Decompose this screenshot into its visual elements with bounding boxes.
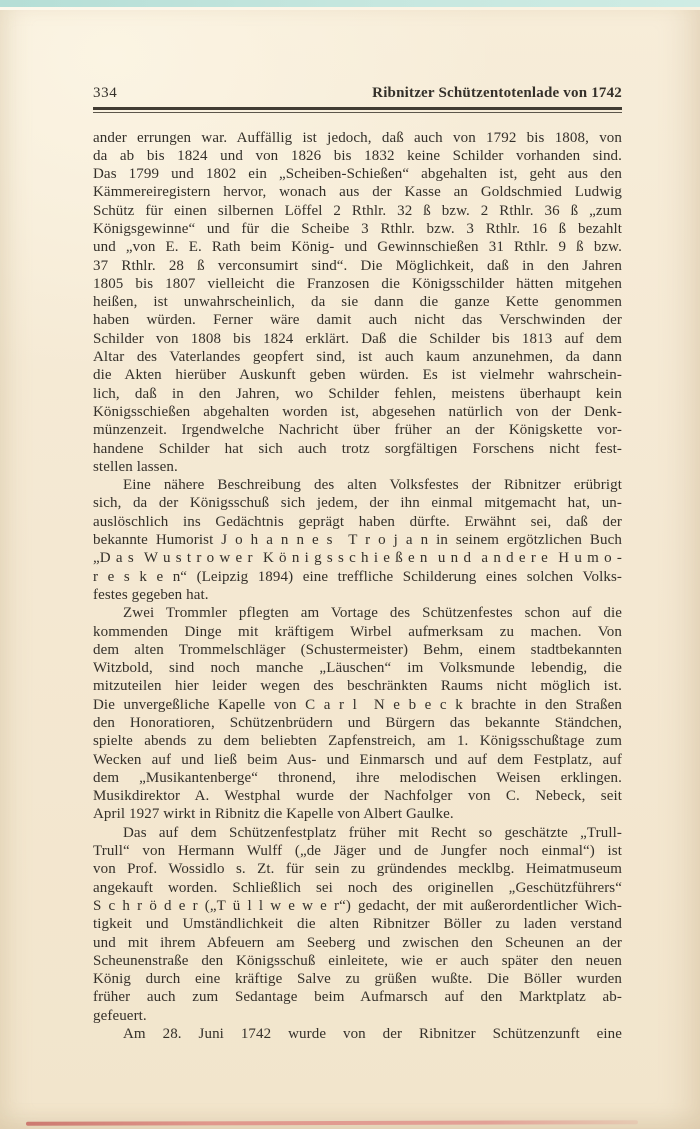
text-line: Zwei Trommler pflegten am Vortage des Sc… xyxy=(93,604,622,622)
text-line: dem alten Trommelschläger (Schustermeist… xyxy=(93,641,622,659)
text-line: Altar des Vaterlandes geopfert sind, ist… xyxy=(93,348,622,366)
text-line: auslöschlich ins Gedächtnis geprägt habe… xyxy=(93,513,622,531)
text-line: Scheunenstraße den Königsschuß einleitet… xyxy=(93,952,622,970)
text-line: lich, daß in den Jahren, wo Schilder feh… xyxy=(93,385,622,403)
text-line: angekauft worden. Schließlich sei noch d… xyxy=(93,879,622,897)
text-line: April 1927 wirkt in Ribnitz die Kapelle … xyxy=(93,805,622,823)
text-line: König durch eine kräftige Salve zu grüße… xyxy=(93,970,622,988)
header-rule-thick xyxy=(93,107,622,110)
text-line: Wecken auf und ließ beim Aus- und Einmar… xyxy=(93,751,622,769)
text-line: und mit ihrem Abfeuern am Seeberg und zw… xyxy=(93,934,622,952)
scanned-book-page: 334 Ribnitzer Schützentotenlade von 1742… xyxy=(0,0,700,1129)
paragraph: Eine nähere Beschreibung des alten Volks… xyxy=(93,476,622,604)
text-line: Witzbold, sind noch manche „Läuschen“ im… xyxy=(93,659,622,677)
text-line: 1805 bis 1807 vielleicht die Franzosen d… xyxy=(93,275,622,293)
text-line: Trull“ von Hermann Wulff („de Jäger und … xyxy=(93,842,622,860)
text-line: Musikdirektor A. Westphal wurde der Nach… xyxy=(93,787,622,805)
text-line: kommenden Dinge mit kräftigem Wirbel auf… xyxy=(93,623,622,641)
text-line: dem „Musikantenberge“ thronend, ihre mel… xyxy=(93,769,622,787)
text-line: Kämmereiregistern hervor, wonach aus der… xyxy=(93,183,622,201)
text-block: ander errungen war. Auffällig ist jedoch… xyxy=(93,129,622,1044)
text-line: münzenzeit. Irgendwelche Nachricht über … xyxy=(93,421,622,439)
text-line: mitzuteilen hier leider wegen des beschr… xyxy=(93,677,622,695)
text-line: gefeuert. xyxy=(93,1007,622,1025)
text-line: 37 Rthlr. 28 ß verconsumirt sind“. Die M… xyxy=(93,257,622,275)
text-line: festes gegeben hat. xyxy=(93,586,622,604)
text-line: Königsschießen abgehalten worden ist, ab… xyxy=(93,403,622,421)
text-line: S c h r ö d e r („T ü l l w e w e r“) ge… xyxy=(93,897,622,915)
text-line: tigkeit und Umständlichkeit die alten Ri… xyxy=(93,915,622,933)
text-line: Eine nähere Beschreibung des alten Volks… xyxy=(93,476,622,494)
text-line: sich, da der Königsschuß sich jedem, der… xyxy=(93,494,622,512)
text-line: früher auch zum Sedantage beim Aufmarsch… xyxy=(93,988,622,1006)
paragraph: Am 28. Juni 1742 wurde von der Ribnitzer… xyxy=(93,1025,622,1043)
text-line: bekannte Humorist J o h a n n e s T r o … xyxy=(93,531,622,549)
scan-bottom-edge xyxy=(26,1120,638,1126)
text-line: handene Schilder hat sich auch trotz sor… xyxy=(93,440,622,458)
text-line: „D a s W u s t r o w e r K ö n i g s s c… xyxy=(93,549,622,567)
text-line: r e s k e n“ (Leipzig 1894) eine treffli… xyxy=(93,568,622,586)
paragraph: Das auf dem Schützenfestplatz früher mit… xyxy=(93,824,622,1025)
page-content: 334 Ribnitzer Schützentotenlade von 1742… xyxy=(93,85,622,1043)
text-line: Am 28. Juni 1742 wurde von der Ribnitzer… xyxy=(93,1025,622,1043)
text-line: da ab bis 1824 und von 1826 bis 1832 kei… xyxy=(93,147,622,165)
text-line: Das 1799 und 1802 ein „Scheiben-Schießen… xyxy=(93,165,622,183)
scan-top-edge xyxy=(0,0,700,7)
page-header: 334 Ribnitzer Schützentotenlade von 1742 xyxy=(93,85,622,104)
paragraph: Zwei Trommler pflegten am Vortage des Sc… xyxy=(93,604,622,824)
text-line: heißen, ist unwahrscheinlich, da sie dan… xyxy=(93,293,622,311)
text-line: von Prof. Wossidlo s. Zt. für sein zu gr… xyxy=(93,860,622,878)
text-line: Die unvergeßliche Kapelle von C a r l N … xyxy=(93,696,622,714)
text-line: spielte abends zu dem beliebten Zapfenst… xyxy=(93,732,622,750)
scan-page-edge-highlight xyxy=(0,7,700,10)
text-line: Das auf dem Schützenfestplatz früher mit… xyxy=(93,824,622,842)
text-line: ander errungen war. Auffällig ist jedoch… xyxy=(93,129,622,147)
text-line: den Honoratioren, Schützenbrüdern und Bü… xyxy=(93,714,622,732)
text-line: Königsgewinne“ und für die Scheibe 3 Rth… xyxy=(93,220,622,238)
text-line: und „von E. E. Rath beim König- und Gewi… xyxy=(93,238,622,256)
text-line: Schilder von 1808 bis 1824 erklärt. Daß … xyxy=(93,330,622,348)
paragraph: ander errungen war. Auffällig ist jedoch… xyxy=(93,129,622,477)
text-line: Schütz für einen silbernen Löffel 2 Rthl… xyxy=(93,202,622,220)
text-line: stellen lassen. xyxy=(93,458,622,476)
page-number: 334 xyxy=(93,85,117,102)
text-line: haben würden. Ferner wäre damit auch nic… xyxy=(93,311,622,329)
running-title: Ribnitzer Schützentotenlade von 1742 xyxy=(372,85,622,102)
text-line: die Akten hierüber Auskunft geben würden… xyxy=(93,366,622,384)
header-rule-thin xyxy=(93,112,622,113)
